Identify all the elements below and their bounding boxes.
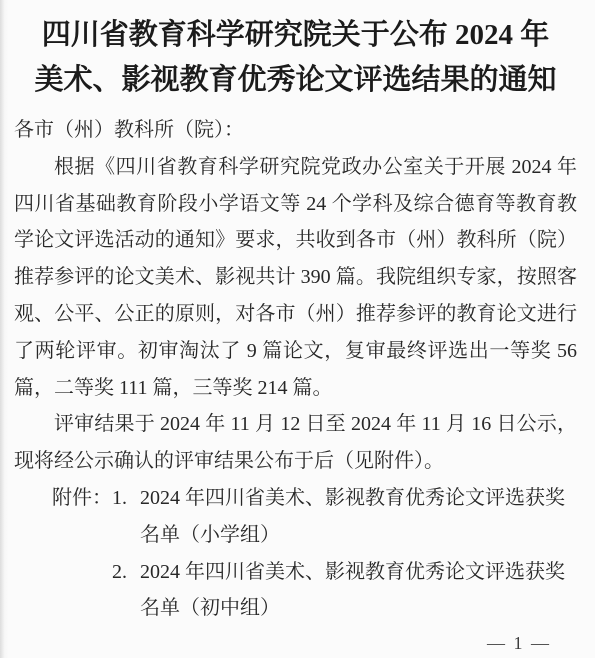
attachment-title: 2024 年四川省美术、影视教育优秀论文评选获奖 [140, 480, 565, 517]
salutation-line: 各市（州）教科所（院）： [14, 112, 577, 149]
document-body: 各市（州）教科所（院）： 根据《四川省教育科学研究院党政办公室关于开展 2024… [14, 112, 577, 480]
document-content: 四川省教育科学研究院关于公布 2024 年 美术、影视教育优秀论文评选结果的通知… [0, 0, 595, 627]
title-line-2: 美术、影视教育优秀论文评选结果的通知 [14, 58, 577, 103]
attachment-title: 2024 年四川省美术、影视教育优秀论文评选获奖 [140, 554, 565, 591]
attachments-label: 附件： [52, 480, 112, 517]
attachment-number: 2. [112, 554, 140, 591]
body-line: 现将经公示确认的评审结果公布于后（见附件）。 [14, 443, 577, 480]
body-line: 学论文评选活动的通知》要求，共收到各市（州）教科所（院） [14, 222, 577, 259]
body-line: 篇，二等奖 111 篇，三等奖 214 篇。 [14, 370, 577, 407]
attachment-item: 1. 2024 年四川省美术、影视教育优秀论文评选获奖 名单（小学组） [112, 480, 577, 554]
body-line: 推荐参评的论文美术、影视共计 390 篇。我院组织专家，按照客 [14, 259, 577, 296]
attachment-title-continuation: 名单（小学组） [112, 517, 577, 554]
body-line: 评审结果于 2024 年 11 月 12 日至 2024 年 11 月 16 日… [14, 406, 577, 443]
body-line: 了两轮评审。初审淘汰了 9 篇论文，复审最终评选出一等奖 56 [14, 333, 577, 370]
attachment-item: 2. 2024 年四川省美术、影视教育优秀论文评选获奖 名单（初中组） [112, 554, 577, 628]
page-number: — 1 — [487, 633, 551, 654]
title-line-1: 四川省教育科学研究院关于公布 2024 年 [14, 13, 577, 58]
document-page: 四川省教育科学研究院关于公布 2024 年 美术、影视教育优秀论文评选结果的通知… [0, 0, 595, 658]
attachment-title-continuation: 名单（初中组） [112, 590, 577, 627]
body-line: 四川省基础教育阶段小学语文等 24 个学科及综合德育等教育教 [14, 186, 577, 223]
attachment-item-line: 1. 2024 年四川省美术、影视教育优秀论文评选获奖 [112, 480, 577, 517]
body-line: 根据《四川省教育科学研究院党政办公室关于开展 2024 年 [14, 149, 577, 186]
body-line: 观、公平、公正的原则，对各市（州）推荐参评的教育论文进行 [14, 296, 577, 333]
attachment-item-line: 2. 2024 年四川省美术、影视教育优秀论文评选获奖 [112, 554, 577, 591]
attachment-number: 1. [112, 480, 140, 517]
attachments-list: 1. 2024 年四川省美术、影视教育优秀论文评选获奖 名单（小学组） 2. 2… [112, 480, 577, 627]
document-title: 四川省教育科学研究院关于公布 2024 年 美术、影视教育优秀论文评选结果的通知 [14, 13, 577, 103]
attachments-section: 附件： 1. 2024 年四川省美术、影视教育优秀论文评选获奖 名单（小学组） … [14, 480, 577, 627]
